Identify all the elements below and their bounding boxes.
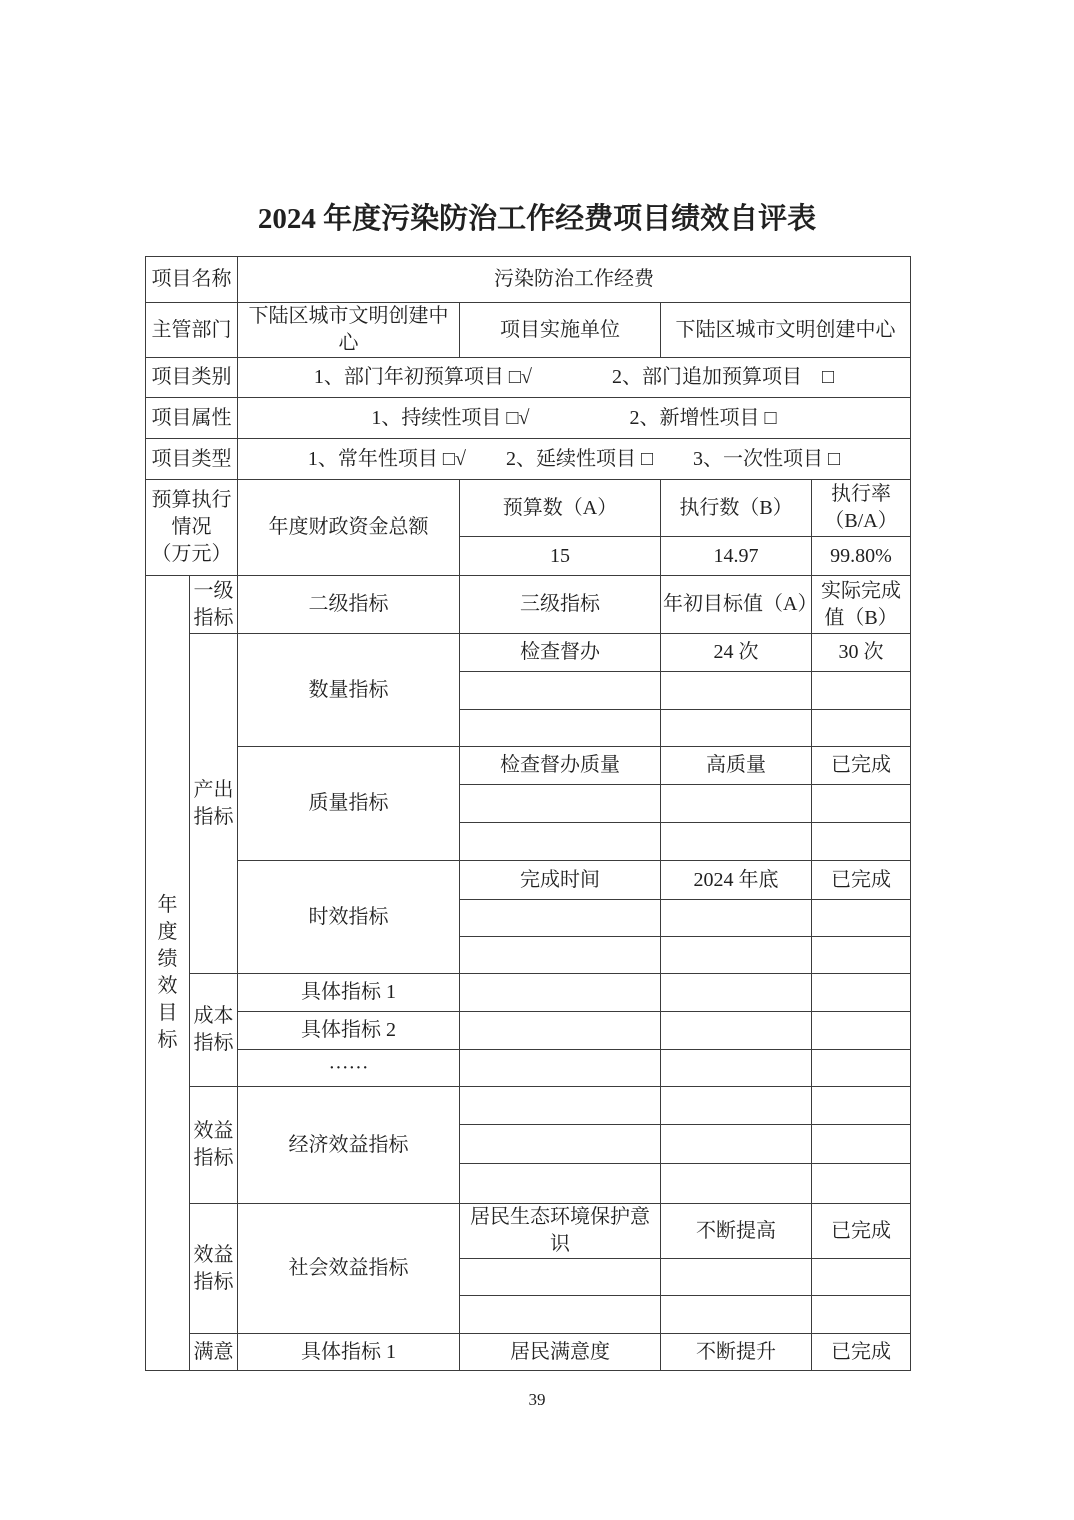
satisfaction1-l3: 居民满意度	[460, 1334, 661, 1371]
quantity1-l3: 检查督办	[460, 634, 661, 672]
cell-empty	[661, 1296, 812, 1334]
social1-actual: 已完成	[812, 1204, 911, 1259]
cell-empty	[812, 785, 911, 823]
cell-empty	[661, 710, 812, 747]
cell-empty	[661, 900, 812, 937]
cell-empty	[812, 672, 911, 710]
target-header: 年初目标值（A）	[661, 576, 812, 634]
cell-empty	[661, 937, 812, 974]
cell-empty	[812, 1164, 911, 1204]
self-evaluation-table: 项目名称 污染防治工作经费 主管部门 下陆区城市文明创建中心 项目实施单位 下陆…	[145, 256, 911, 1371]
level2-economic: 经济效益指标	[238, 1087, 460, 1204]
satisfaction1-actual: 已完成	[812, 1334, 911, 1371]
level2-header: 二级指标	[238, 576, 460, 634]
row-cost-1: 成本 指标 具体指标 1	[146, 974, 911, 1012]
cell-empty	[460, 672, 661, 710]
cell-empty	[661, 785, 812, 823]
cell-empty	[812, 1259, 911, 1296]
budget-value-b: 14.97	[661, 537, 812, 576]
cell-empty	[661, 1050, 812, 1087]
cell-empty	[812, 1012, 911, 1050]
row-quality-1: 质量指标 检查督办质量 高质量 已完成	[146, 747, 911, 785]
level1-benefit-economic: 效益 指标	[190, 1087, 238, 1204]
level1-header: 一级 指标	[190, 576, 238, 634]
row-cost-2: 具体指标 2	[146, 1012, 911, 1050]
row-economic-1: 效益 指标 经济效益指标	[146, 1087, 911, 1125]
quality1-actual: 已完成	[812, 747, 911, 785]
cell-empty	[460, 1296, 661, 1334]
row-cost-3: ······	[146, 1050, 911, 1087]
cell-empty	[812, 710, 911, 747]
dept-value: 下陆区城市文明创建中心	[238, 303, 460, 358]
project-name-value: 污染防治工作经费	[238, 257, 911, 303]
budget-col-a-header: 预算数（A）	[460, 480, 661, 537]
level2-cost2: 具体指标 2	[238, 1012, 460, 1050]
impl-unit-value: 下陆区城市文明创建中心	[661, 303, 911, 358]
cell-empty	[661, 672, 812, 710]
timeliness1-target: 2024 年底	[661, 861, 812, 900]
quantity1-actual: 30 次	[812, 634, 911, 672]
budget-value-a: 15	[460, 537, 661, 576]
row-timeliness-1: 时效指标 完成时间 2024 年底 已完成	[146, 861, 911, 900]
cell-empty	[460, 823, 661, 861]
quantity1-target: 24 次	[661, 634, 812, 672]
cell-empty	[460, 1087, 661, 1125]
cell-empty	[661, 1012, 812, 1050]
row-budget-header: 预算执行 情况 （万元） 年度财政资金总额 预算数（A） 执行数（B） 执行率 …	[146, 480, 911, 537]
row-satisfaction-1: 满意 具体指标 1 居民满意度 不断提升 已完成	[146, 1334, 911, 1371]
impl-unit-label: 项目实施单位	[460, 303, 661, 358]
cell-empty	[460, 937, 661, 974]
level1-output: 产出 指标	[190, 634, 238, 974]
row-project-name: 项目名称 污染防治工作经费	[146, 257, 911, 303]
cell-empty	[812, 1087, 911, 1125]
attribute-label: 项目属性	[146, 398, 238, 439]
level2-social: 社会效益指标	[238, 1204, 460, 1334]
cell-empty	[812, 1125, 911, 1164]
cell-empty	[661, 1087, 812, 1125]
document-title: 2024 年度污染防治工作经费项目绩效自评表	[0, 196, 1074, 237]
document-page: 2024 年度污染防治工作经费项目绩效自评表 项目名称 污染防治工作经费 主管部…	[0, 0, 1074, 1520]
cell-empty	[460, 785, 661, 823]
cell-empty	[661, 1164, 812, 1204]
social1-l3: 居民生态环境保护意识	[460, 1204, 661, 1259]
page-number: 39	[0, 1390, 1074, 1410]
budget-section-label: 预算执行 情况 （万元）	[146, 480, 238, 576]
cell-empty	[460, 1259, 661, 1296]
row-social-1: 效益 指标 社会效益指标 居民生态环境保护意识 不断提高 已完成	[146, 1204, 911, 1259]
level2-satisfaction1: 具体指标 1	[238, 1334, 460, 1371]
level1-satisfaction: 满意	[190, 1334, 238, 1371]
budget-col-b-header: 执行数（B）	[661, 480, 812, 537]
cell-empty	[812, 1050, 911, 1087]
budget-col-rate-header: 执行率 （B/A）	[812, 480, 911, 537]
row-ptype: 项目类型 1、常年性项目 □√ 2、延续性项目 □ 3、一次性项目 □	[146, 439, 911, 480]
project-name-label: 项目名称	[146, 257, 238, 303]
level2-cost1: 具体指标 1	[238, 974, 460, 1012]
cell-empty	[661, 1259, 812, 1296]
social1-target: 不断提高	[661, 1204, 812, 1259]
category-label: 项目类别	[146, 358, 238, 398]
cell-empty	[812, 974, 911, 1012]
ptype-label: 项目类型	[146, 439, 238, 480]
attribute-options: 1、持续性项目 □√ 2、新增性项目 □	[238, 398, 911, 439]
level1-cost: 成本 指标	[190, 974, 238, 1087]
dept-label: 主管部门	[146, 303, 238, 358]
cell-empty	[812, 1296, 911, 1334]
row-indicator-header: 年度 绩效 目标 一级 指标 二级指标 三级指标 年初目标值（A） 实际完成 值…	[146, 576, 911, 634]
category-options: 1、部门年初预算项目 □√ 2、部门追加预算项目 □	[238, 358, 911, 398]
level2-timeliness: 时效指标	[238, 861, 460, 974]
annual-performance-goal-label: 年度 绩效 目标	[146, 576, 190, 1371]
level2-quantity: 数量指标	[238, 634, 460, 747]
timeliness1-l3: 完成时间	[460, 861, 661, 900]
cell-empty	[812, 823, 911, 861]
row-attribute: 项目属性 1、持续性项目 □√ 2、新增性项目 □	[146, 398, 911, 439]
timeliness1-actual: 已完成	[812, 861, 911, 900]
quality1-l3: 检查督办质量	[460, 747, 661, 785]
row-dept: 主管部门 下陆区城市文明创建中心 项目实施单位 下陆区城市文明创建中心	[146, 303, 911, 358]
cell-empty	[661, 823, 812, 861]
cell-empty	[661, 974, 812, 1012]
level2-quality: 质量指标	[238, 747, 460, 861]
cell-empty	[460, 1012, 661, 1050]
cell-empty	[812, 937, 911, 974]
cell-empty	[460, 1125, 661, 1164]
satisfaction1-target: 不断提升	[661, 1334, 812, 1371]
row-category: 项目类别 1、部门年初预算项目 □√ 2、部门追加预算项目 □	[146, 358, 911, 398]
level2-cost-more: ······	[238, 1050, 460, 1087]
cell-empty	[460, 974, 661, 1012]
row-quantity-1: 产出 指标 数量指标 检查督办 24 次 30 次	[146, 634, 911, 672]
cell-empty	[460, 710, 661, 747]
budget-total-label: 年度财政资金总额	[238, 480, 460, 576]
cell-empty	[812, 900, 911, 937]
cell-empty	[460, 1164, 661, 1204]
quality1-target: 高质量	[661, 747, 812, 785]
ptype-options: 1、常年性项目 □√ 2、延续性项目 □ 3、一次性项目 □	[238, 439, 911, 480]
level1-benefit-social: 效益 指标	[190, 1204, 238, 1334]
cell-empty	[460, 1050, 661, 1087]
level3-header: 三级指标	[460, 576, 661, 634]
actual-header: 实际完成 值（B）	[812, 576, 911, 634]
cell-empty	[460, 900, 661, 937]
budget-value-rate: 99.80%	[812, 537, 911, 576]
cell-empty	[661, 1125, 812, 1164]
